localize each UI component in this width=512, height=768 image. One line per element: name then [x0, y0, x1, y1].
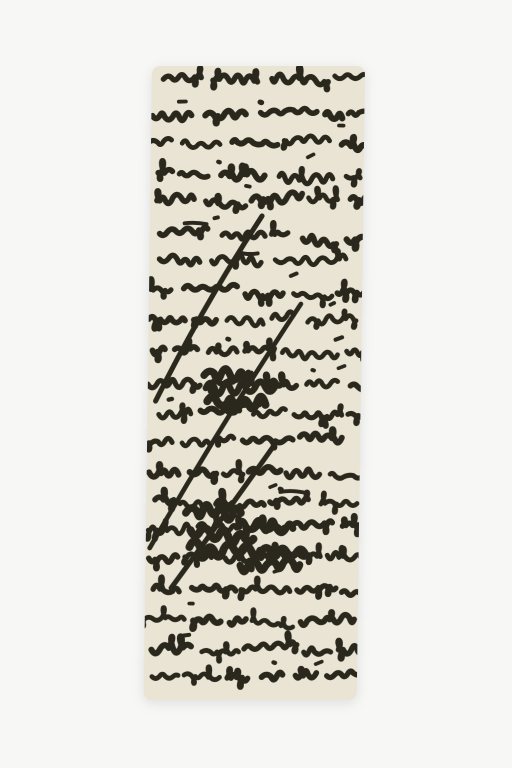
rug	[144, 66, 365, 700]
rug-script-pattern	[144, 66, 365, 700]
product-photo	[0, 0, 512, 768]
